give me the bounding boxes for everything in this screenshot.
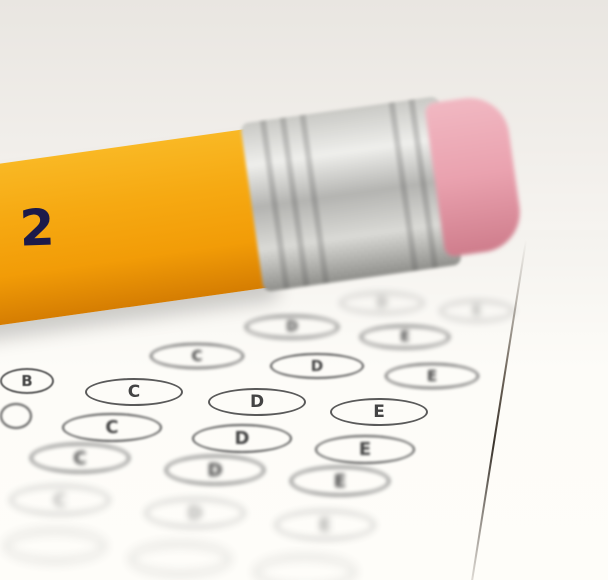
- answer-bubble: E: [315, 435, 415, 464]
- answer-bubble: D: [208, 388, 306, 416]
- answer-bubble: [0, 403, 32, 429]
- answer-bubble: C: [10, 485, 110, 515]
- answer-bubble: E: [290, 466, 390, 496]
- answer-bubble: D: [340, 292, 424, 314]
- answer-bubble: E: [440, 300, 514, 322]
- answer-bubble: B: [0, 368, 54, 394]
- answer-bubble: E: [385, 363, 479, 389]
- answer-bubble: C: [62, 413, 162, 442]
- answer-bubble: D: [165, 455, 265, 485]
- answer-bubble: D: [192, 424, 292, 453]
- answer-bubble: E: [360, 325, 450, 349]
- answer-bubble: C: [85, 378, 183, 406]
- answer-bubble: C: [150, 343, 244, 369]
- answer-bubble: [5, 530, 105, 562]
- answer-bubble: D: [245, 315, 339, 339]
- answer-bubble: D: [145, 498, 245, 528]
- answer-bubble: E: [330, 398, 428, 426]
- pencil-number: 2: [19, 198, 56, 257]
- answer-bubble: [130, 543, 230, 575]
- answer-bubble: E: [275, 510, 375, 540]
- answer-bubble: C: [30, 443, 130, 473]
- photo-scene: CDEBCDECDECDECDEDEDE 2: [0, 0, 608, 580]
- answer-bubble: D: [270, 353, 364, 379]
- answer-bubble: [255, 556, 355, 580]
